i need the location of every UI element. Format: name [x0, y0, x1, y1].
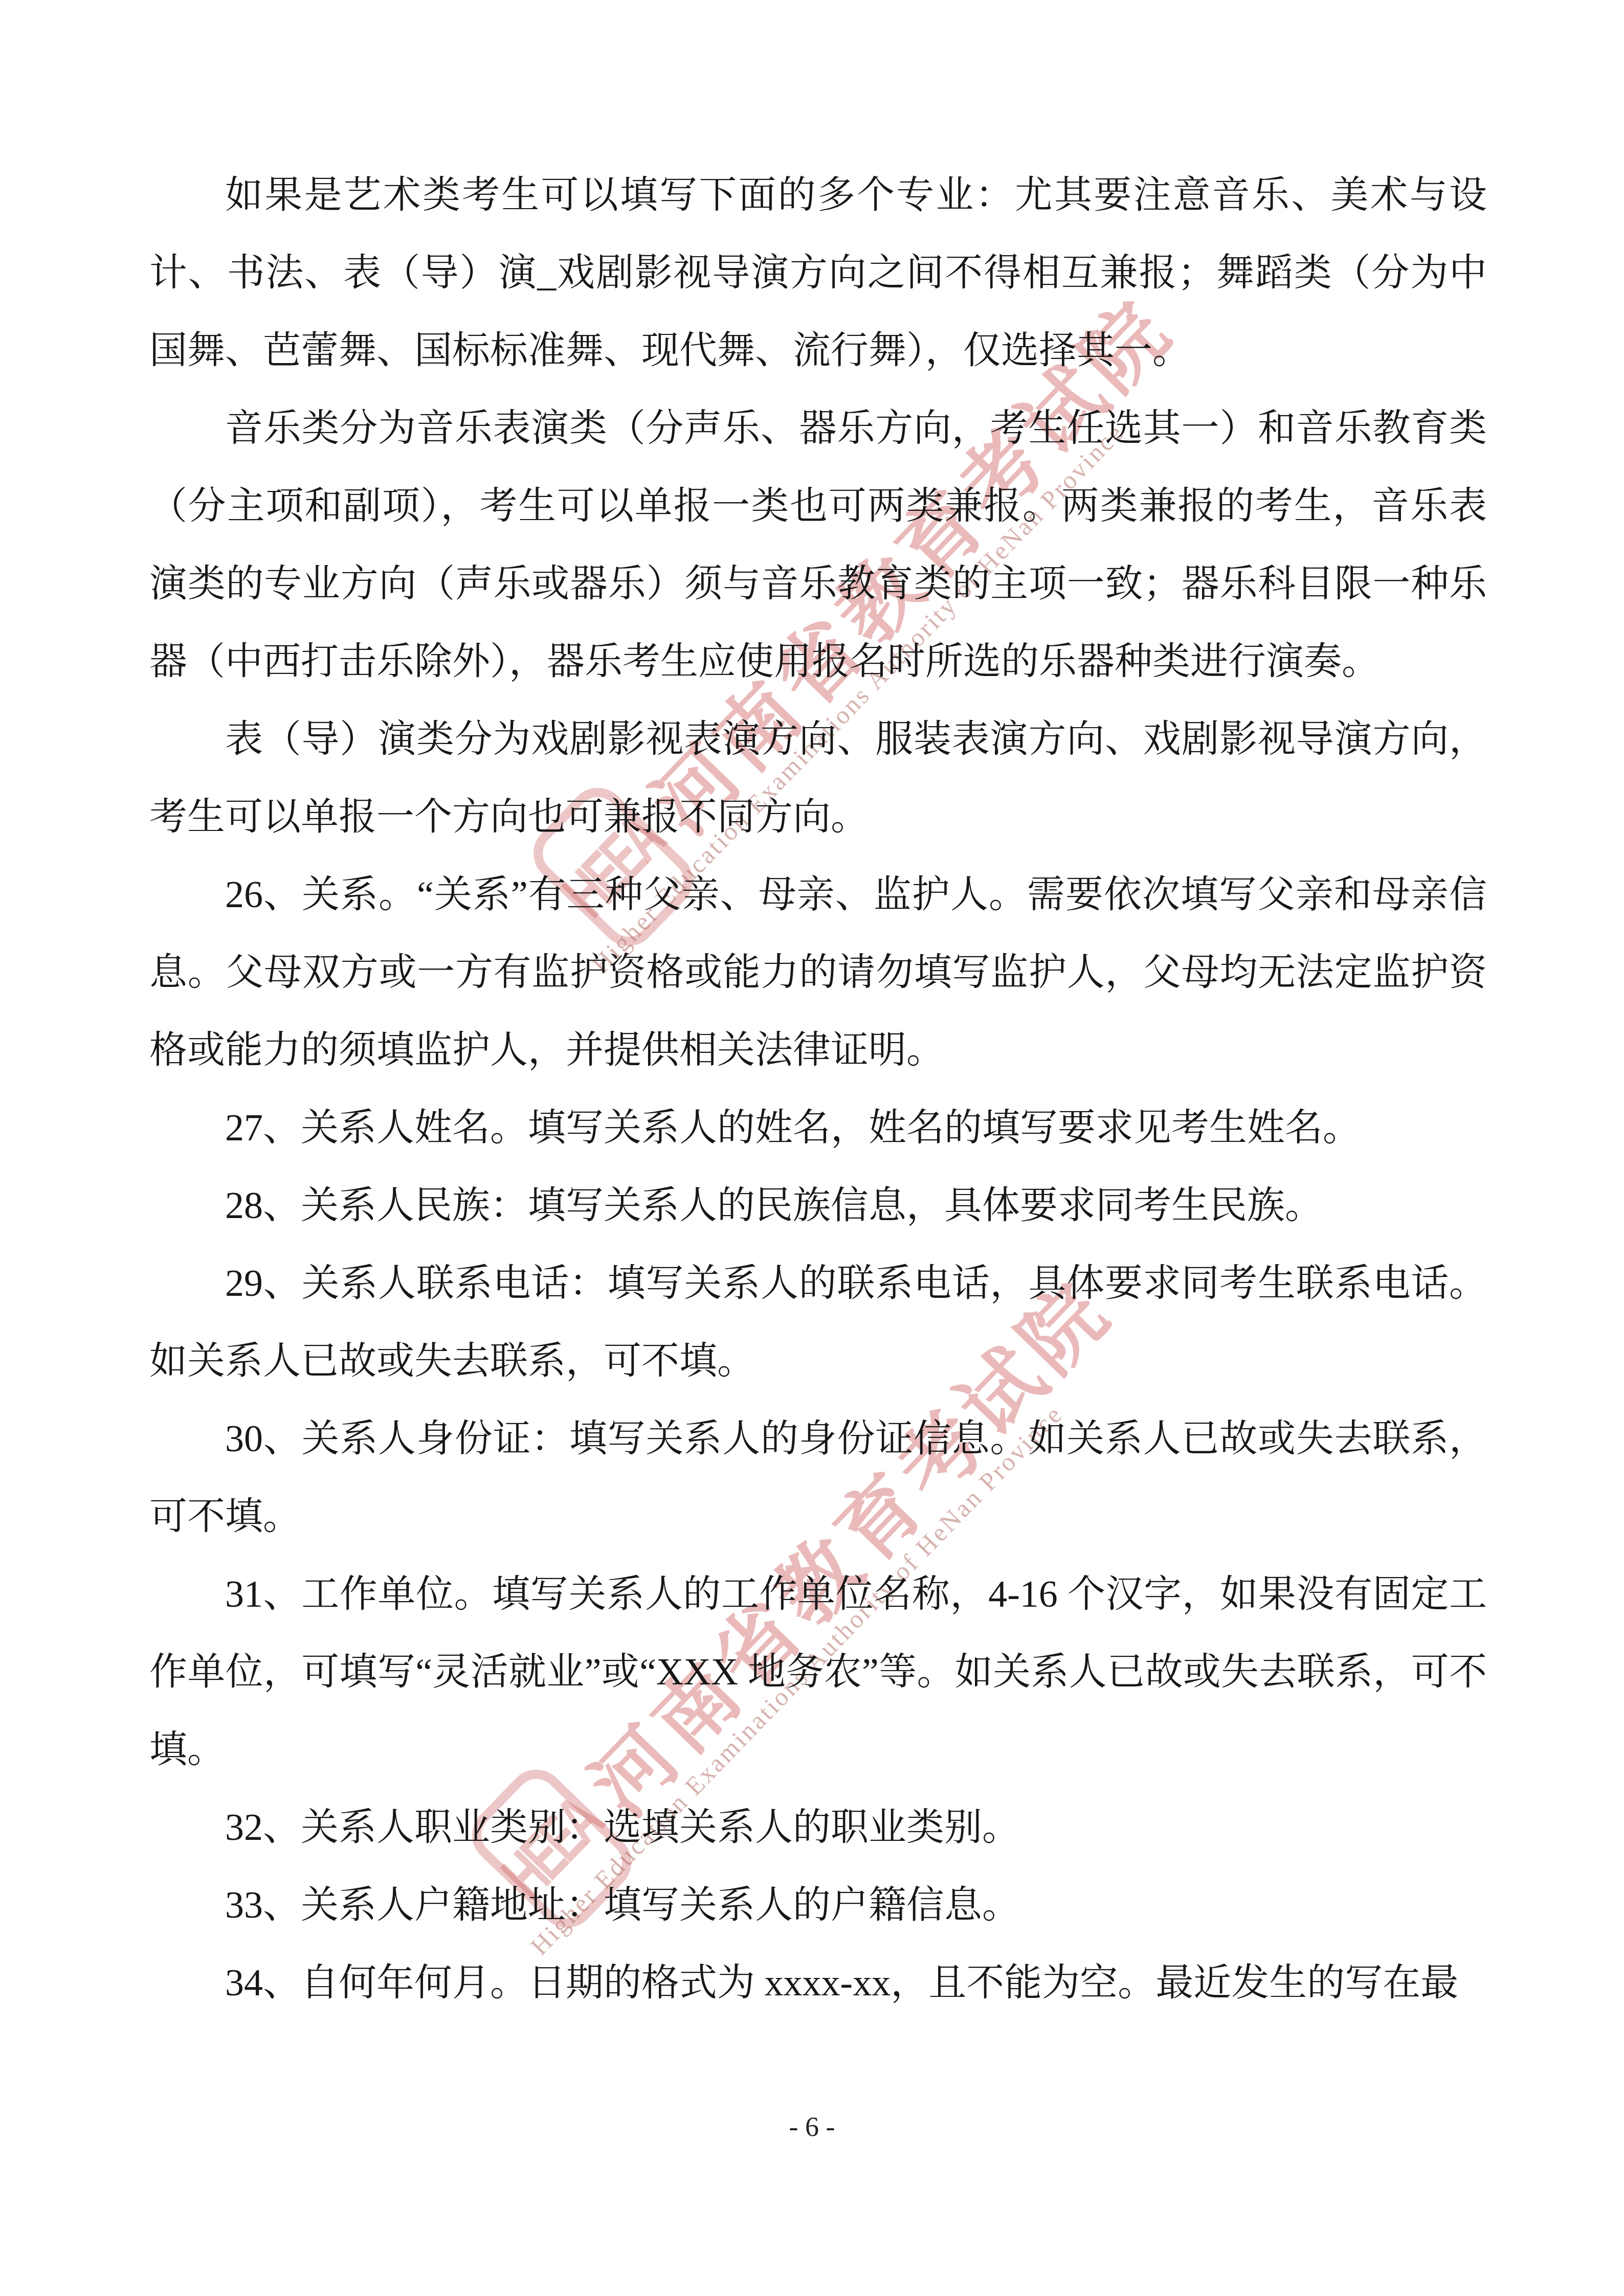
paragraph-performance-category: 表（导）演类分为戏剧影视表演方向、服装表演方向、戏剧影视导演方向，考生可以单报一… [149, 701, 1487, 856]
item-33-household-address: 33、关系人户籍地址：填写关系人的户籍信息。 [149, 1866, 1487, 1944]
item-26-relation: 26、关系。“关系”有三种父亲、母亲、监护人。需要依次填写父亲和母亲信息。父母双… [149, 856, 1487, 1089]
item-29-contact-phone: 29、关系人联系电话：填写关系人的联系电话，具体要求同考生联系电话。如关系人已故… [149, 1245, 1487, 1400]
paragraph-arts-majors: 如果是艺术类考生可以填写下面的多个专业：尤其要注意音乐、美术与设计、书法、表（导… [149, 156, 1487, 390]
item-32-occupation: 32、关系人职业类别：选填关系人的职业类别。 [149, 1789, 1487, 1866]
item-28-contact-ethnicity: 28、关系人民族：填写关系人的民族信息，具体要求同考生民族。 [149, 1167, 1487, 1245]
document-page: HEEA 河南省教育考试院 Higher Education Examinati… [0, 0, 1624, 2296]
item-27-contact-name: 27、关系人姓名。填写关系人的姓名，姓名的填写要求见考生姓名。 [149, 1089, 1487, 1167]
page-number: - 6 - [789, 2111, 835, 2142]
document-body: 如果是艺术类考生可以填写下面的多个专业：尤其要注意音乐、美术与设计、书法、表（导… [149, 156, 1487, 2022]
item-31-employer: 31、工作单位。填写关系人的工作单位名称，4-16 个汉字，如果没有固定工作单位… [149, 1556, 1487, 1789]
item-34-since-date: 34、自何年何月。日期的格式为 xxxx-xx，且不能为空。最近发生的写在最 [149, 1944, 1487, 2022]
page-footer: - 6 - [0, 2111, 1624, 2143]
paragraph-music-category: 音乐类分为音乐表演类（分声乐、器乐方向，考生任选其一）和音乐教育类（分主项和副项… [149, 390, 1487, 701]
item-30-contact-id: 30、关系人身份证：填写关系人的身份证信息。如关系人已故或失去联系，可不填。 [149, 1400, 1487, 1556]
